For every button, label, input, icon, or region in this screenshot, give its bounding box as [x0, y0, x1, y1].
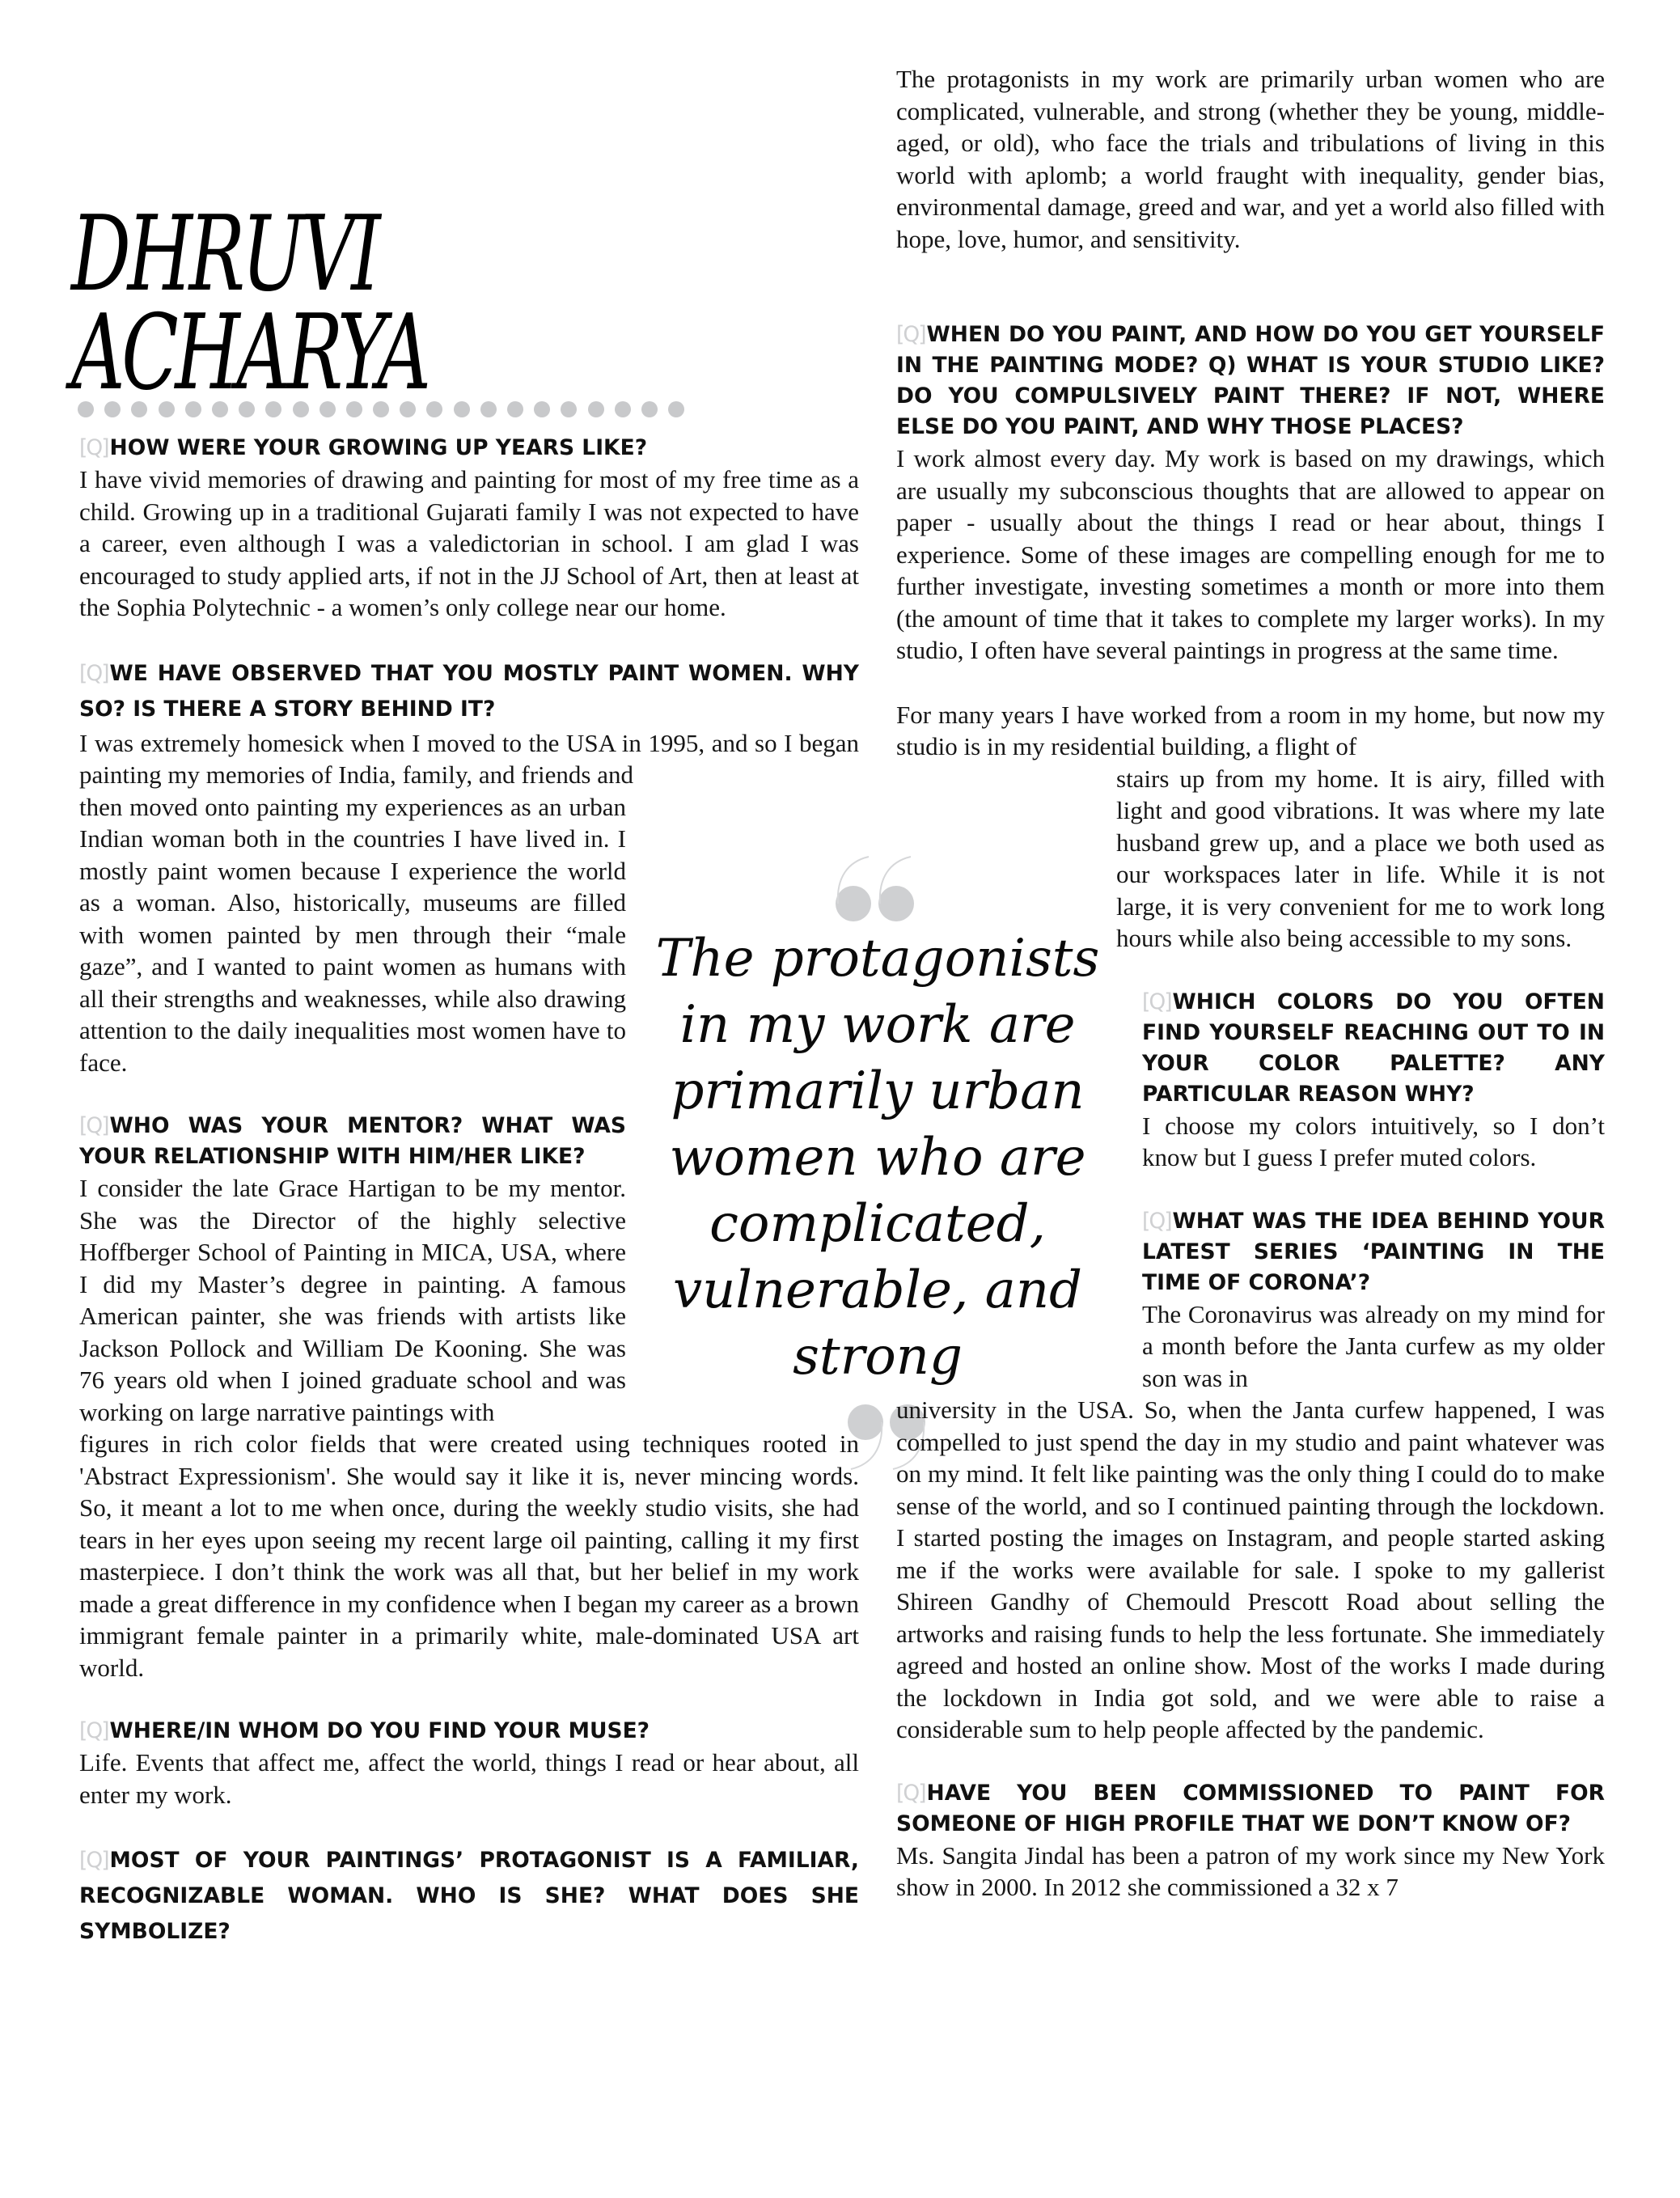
divider-dot [185, 401, 201, 417]
answer-paragraph: Ms. Sangita Jindal has been a patron of … [896, 1840, 1605, 1904]
answer-paragraph: I have vivid memories of drawing and pai… [79, 464, 859, 624]
divider-dot [588, 401, 604, 417]
q-marker: [Q] [79, 435, 108, 460]
question-heading: [Q]WHEN DO YOU PAINT, AND HOW DO YOU GET… [896, 320, 1605, 443]
question-heading: [Q]MOST OF YOUR PAINTINGS’ PROTAGONIST I… [79, 1843, 859, 1950]
question-heading: [Q]WHO WAS YOUR MENTOR? WHAT WAS YOUR RE… [79, 1111, 626, 1172]
divider-dot [615, 401, 631, 417]
divider-dot [104, 401, 121, 417]
question-heading: [Q]HOW WERE YOUR GROWING UP YEARS LIKE? [79, 433, 859, 464]
qa-block: [Q]WHICH COLORS DO YOU OFTEN FIND YOURSE… [1142, 987, 1605, 1174]
divider-dot [293, 401, 309, 417]
q-marker: [Q] [79, 661, 108, 686]
qa-block: [Q]WHEN DO YOU PAINT, AND HOW DO YOU GET… [896, 320, 1605, 955]
q-marker: [Q] [896, 1781, 925, 1806]
divider-dot [131, 401, 147, 417]
divider-dot [373, 401, 389, 417]
question-heading: [Q]WHERE/IN WHOM DO YOU FIND YOUR MUSE? [79, 1716, 859, 1747]
answer-paragraph: figures in rich color fields that were c… [79, 1428, 859, 1683]
answer-paragraph: I choose my colors intuitively, so I don… [1142, 1110, 1605, 1174]
q-marker: [Q] [79, 1113, 108, 1138]
divider-dot [668, 401, 684, 417]
divider-dot [239, 401, 255, 417]
divider-dot [641, 401, 658, 417]
qa-block: [Q]WHERE/IN WHOM DO YOU FIND YOUR MUSE? … [79, 1716, 859, 1810]
divider-dot [265, 401, 281, 417]
question-heading: [Q]WHAT WAS THE IDEA BEHIND YOUR LATEST … [1142, 1206, 1605, 1298]
answer-paragraph: Life. Events that affect me, affect the … [79, 1747, 859, 1810]
divider-dot [507, 401, 523, 417]
q-marker: [Q] [1142, 1209, 1171, 1234]
q-marker: [Q] [1142, 989, 1171, 1014]
divider-dot [561, 401, 577, 417]
answer-paragraph-wrapped: The Coronavirus was already on my mind f… [1142, 1298, 1605, 1395]
answer-paragraph: I work almost every day. My work is base… [896, 443, 1605, 667]
divider-dot [426, 401, 442, 417]
divider-dot [346, 401, 362, 417]
qa-block: [Q]MOST OF YOUR PAINTINGS’ PROTAGONIST I… [79, 1843, 859, 1950]
divider-dot [454, 401, 470, 417]
question-heading: [Q]HAVE YOU BEEN COMMISSIONED TO PAINT F… [896, 1778, 1605, 1840]
answer-paragraph-wrapped: then moved onto painting my experiences … [79, 791, 626, 1079]
divider-dot [534, 401, 550, 417]
answer-paragraph-wrapped: I consider the late Grace Hartigan to be… [79, 1172, 626, 1428]
qa-block: [Q]HAVE YOU BEEN COMMISSIONED TO PAINT F… [896, 1778, 1605, 1904]
intro-paragraph: The protagonists in my work are primaril… [896, 63, 1605, 255]
divider-dot [159, 401, 175, 417]
answer-paragraph: I was extremely homesick when I moved to… [79, 727, 859, 791]
q-marker: [Q] [79, 1848, 108, 1873]
question-heading: [Q]WHICH COLORS DO YOU OFTEN FIND YOURSE… [1142, 987, 1605, 1110]
q-marker: [Q] [79, 1718, 108, 1743]
divider-dot [212, 401, 228, 417]
divider-dot [78, 401, 94, 417]
q-marker: [Q] [896, 322, 925, 347]
dotted-divider [78, 401, 684, 417]
article-title: DHRUVI ACHARYA [71, 205, 479, 403]
answer-paragraph-wrapped: stairs up from my home. It is airy, fill… [1116, 763, 1605, 955]
qa-block: [Q]HOW WERE YOUR GROWING UP YEARS LIKE? … [79, 433, 859, 624]
qa-block: [Q]WHAT WAS THE IDEA BEHIND YOUR LATEST … [896, 1206, 1605, 1746]
divider-dot [319, 401, 336, 417]
answer-paragraph: university in the USA. So, when the Jant… [896, 1394, 1605, 1746]
divider-dot [400, 401, 416, 417]
title-last-name: ACHARYA [71, 293, 428, 413]
answer-paragraph: For many years I have worked from a room… [896, 699, 1605, 763]
question-heading: [Q]WE HAVE OBSERVED THAT YOU MOSTLY PAIN… [79, 656, 859, 727]
right-column: The protagonists in my work are primaril… [896, 63, 1605, 1904]
divider-dot [480, 401, 497, 417]
